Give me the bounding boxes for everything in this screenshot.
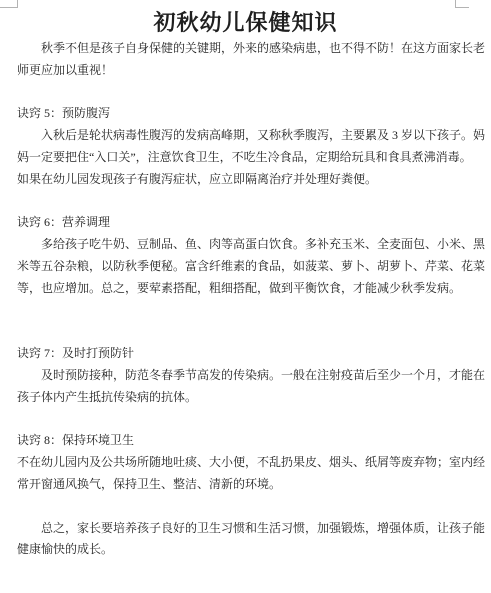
conclusion-paragraph-line: 健康愉快的成长。 [17,539,474,561]
section-heading-tip8: 诀窍 8：保持环境卫生 [17,430,474,452]
section-heading-tip6: 诀窍 6：营养调理 [17,212,474,234]
tip8-paragraph-line: 常开窗通风换气，保持卫生、整洁、清新的环境。 [17,474,474,496]
intro-paragraph-line: 师更应加以重视！ [17,60,474,82]
document-title: 初秋幼儿保健知识 [17,8,474,38]
tip6-paragraph-line: 米等五谷杂粮，以防秋季便秘。富含纤维素的食品，如菠菜、萝卜、胡萝卜、芹菜、花菜 [17,256,474,278]
tip5-paragraph-line: 妈一定要把住“入口关”，注意饮食卫生，不吃生冷食品，定期给玩具和食具煮沸消毒。 [17,147,474,169]
section-heading-tip7: 诀窍 7：及时打预防针 [17,343,474,365]
tip7-paragraph-line: 及时预防接种，防范冬春季节高发的传染病。一般在注射疫苗后至少一个月，才能在 [17,365,474,387]
document-page: 初秋幼儿保健知识 秋季不但是孩子自身保健的关键期，外来的感染病患，也不得不防！在… [0,0,491,593]
tip7-paragraph-line: 孩子体内产生抵抗传染病的抗体。 [17,387,474,409]
intro-paragraph-line: 秋季不但是孩子自身保健的关键期，外来的感染病患，也不得不防！在这方面家长老 [17,38,474,60]
tip5-paragraph-line: 如果在幼儿园发现孩子有腹泻症状，应立即隔离治疗并处理好粪便。 [17,169,474,191]
tip6-paragraph-line: 等，也应增加。总之，要荤素搭配，粗细搭配，做到平衡饮食，才能减少秋季发病。 [17,278,474,300]
text-boundary-corner-mark-top-left [17,0,18,8]
section-heading-tip5: 诀窍 5：预防腹泻 [17,103,474,125]
tip5-paragraph-line: 入秋后是轮状病毒性腹泻的发病高峰期，又称秋季腹泻，主要累及 3 岁以下孩子。妈 [17,125,474,147]
tip6-paragraph-line: 多给孩子吃牛奶、豆制品、鱼、肉等高蛋白饮食。多补充玉米、全麦面包、小米、黑 [17,234,474,256]
tip8-paragraph-line: 不在幼儿园内及公共场所随地吐痰、大小便，不乱扔果皮、烟头、纸屑等废弃物；室内经 [17,452,474,474]
conclusion-paragraph-line: 总之，家长要培养孩子良好的卫生习惯和生活习惯，加强锻炼，增强体质，让孩子能 [17,518,474,540]
document-body: 初秋幼儿保健知识 秋季不但是孩子自身保健的关键期，外来的感染病患，也不得不防！在… [17,8,474,561]
text-boundary-corner-mark-top-left [0,7,17,8]
